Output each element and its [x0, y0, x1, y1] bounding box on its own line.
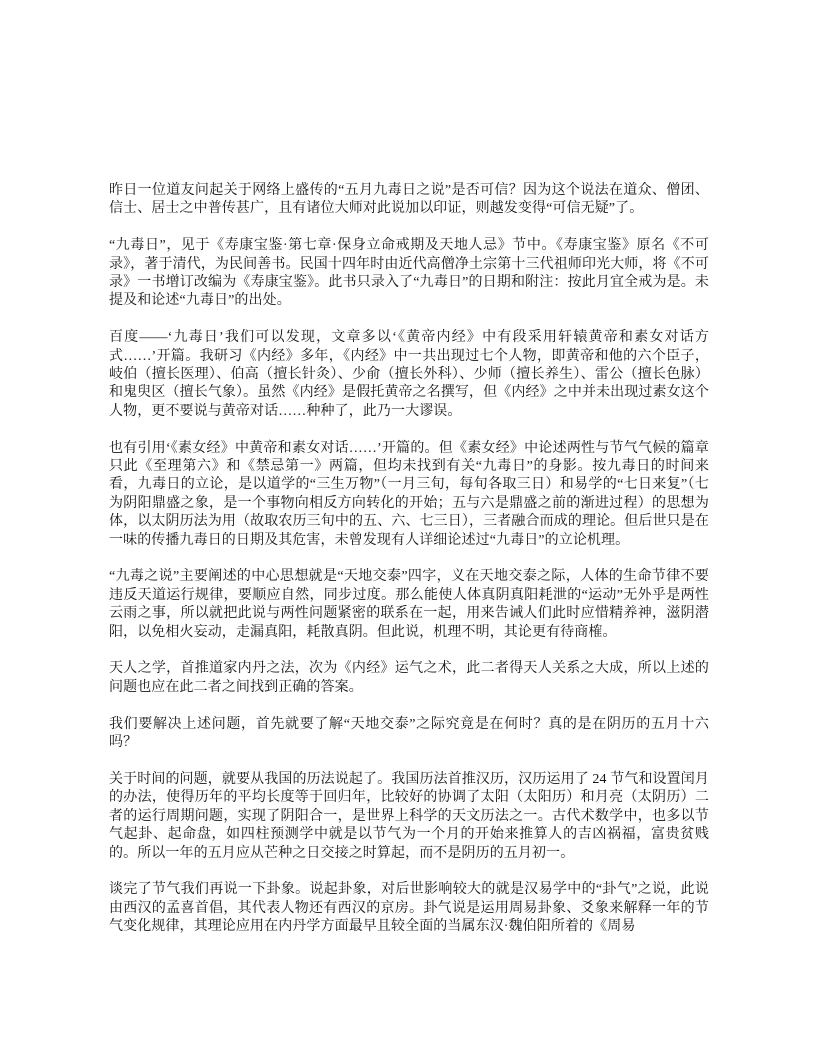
paragraph-2: “九毒日”，见于《寿康宝鉴·第七章·保身立命戒期及天地人忌》节中。《寿康宝鉴》原… — [109, 237, 709, 311]
paragraph-4: 也有引用‘《素女经》中黄帝和素女对话……’开篇的。但《素女经》中论述两性与节气气… — [109, 440, 709, 550]
paragraph-5: “九毒之说”主要阐述的中心思想就是“天地交泰”四字，义在天地交泰之际，人体的生命… — [109, 568, 709, 642]
paragraph-6: 天人之学，首推道家内丹之法，次为《内经》运气之术，此二者得天人关系之大成，所以上… — [109, 660, 709, 697]
paragraph-8: 关于时间的问题，就要从我国的历法说起了。我国历法首推汉历，汉历运用了 24 节气… — [109, 771, 709, 863]
paragraph-3: 百度——‘九毒日’我们可以发现，文章多以‘《黄帝内经》中有段采用轩辕黄帝和素女对… — [109, 329, 709, 421]
paragraph-1: 昨日一位道友问起关于网络上盛传的“五月九毒日之说”是否可信？因为这个说法在道众、… — [109, 182, 709, 219]
document-page: 昨日一位道友问起关于网络上盛传的“五月九毒日之说”是否可信？因为这个说法在道众、… — [0, 0, 816, 1056]
paragraph-9: 谈完了节气我们再说一下卦象。说起卦象，对后世影响较大的就是汉易学中的“卦气”之说… — [109, 881, 709, 936]
paragraph-7: 我们要解决上述问题，首先就要了解“天地交泰”之际究竟是在何时？真的是在阴历的五月… — [109, 716, 709, 753]
document-text-block: 昨日一位道友问起关于网络上盛传的“五月九毒日之说”是否可信？因为这个说法在道众、… — [109, 182, 709, 937]
